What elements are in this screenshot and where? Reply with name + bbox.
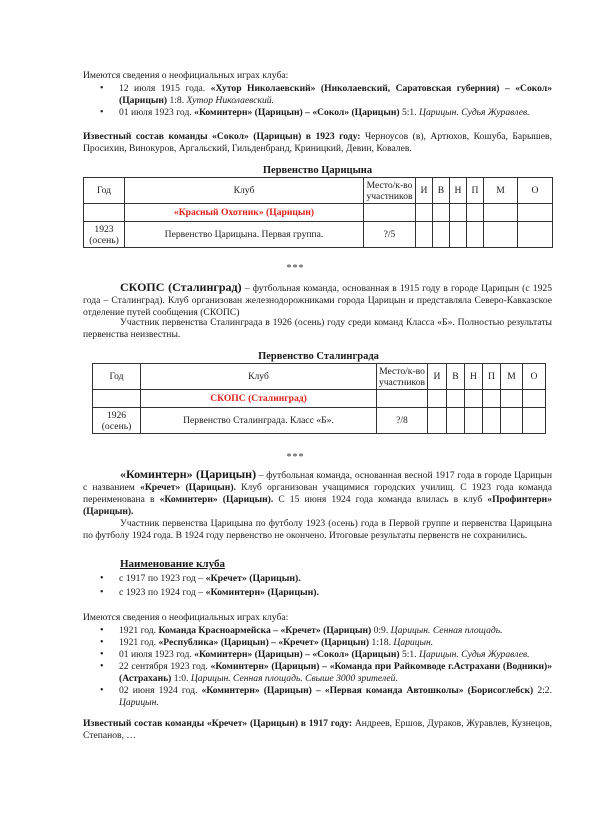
list-item: с 1917 по 1923 год – «Кречет» (Царицын). [83, 572, 552, 586]
club-row: СКОПС (Сталинград) [93, 390, 546, 408]
komintern-description: «Коминтерн» (Царицын) – футбольная коман… [83, 468, 552, 518]
header-games: И [416, 178, 433, 204]
komintern-games-list: 1921 год. Команда Красноармейска – «Креч… [83, 625, 552, 709]
club-name: «Красный Охотник» (Царицын) [125, 204, 364, 222]
separator: *** [0, 452, 591, 464]
sokol-games-list: 12 июля 1915 года. «Хутор Николаевский» … [83, 83, 552, 119]
header-place: Место/к-во участников [364, 178, 416, 204]
table-row: 1926 (осень) Первенство Сталинграда. Кла… [93, 408, 546, 434]
header-games: И [428, 364, 447, 390]
list-item: 12 июля 1915 года. «Хутор Николаевский» … [83, 83, 552, 107]
table-caption: Первенство Сталинграда [92, 351, 545, 363]
header-year: Год [93, 364, 141, 390]
header-goals: М [484, 178, 518, 204]
club-names-list: с 1917 по 1923 год – «Кречет» (Царицын).… [83, 572, 552, 600]
list-item: 1921 год. «Республика» (Царицын) – «Креч… [83, 637, 552, 649]
header-wins: В [433, 178, 450, 204]
list-item: 01 июля 1923 год. «Коминтерн» (Царицын) … [83, 107, 552, 119]
table-header-row: Год Клуб Место/к-во участников И В Н П М… [84, 178, 553, 204]
unofficial-games-intro: Имеются сведения о неофициальных играх к… [83, 612, 552, 624]
table-header-row: Год Клуб Место/к-во участников И В Н П М… [93, 364, 546, 390]
list-item: 1921 год. Команда Красноармейска – «Креч… [83, 625, 552, 637]
header-club: Клуб [141, 364, 377, 390]
header-points: О [523, 364, 546, 390]
list-item: 22 сентября 1923 год. «Коминтерн» (Цариц… [83, 661, 552, 685]
results-table-tsaritsyn: Год Клуб Место/к-во участников И В Н П М… [83, 177, 553, 248]
sokol-squad: Известный состав команды «Сокол» (Царицы… [83, 131, 552, 155]
krechet-squad: Известный состав команды «Кречет» (Цариц… [83, 718, 552, 742]
header-year: Год [84, 178, 125, 204]
list-item: 01 июля 1923 год. «Коминтерн» (Царицын) … [83, 649, 552, 661]
list-item: 02 июня 1924 год. «Коминтерн» (Царицын) … [83, 685, 552, 709]
header-goals: М [501, 364, 523, 390]
skops-description: СКОПС (Сталинград) – футбольная команда,… [83, 281, 552, 319]
header-draws: Н [465, 364, 483, 390]
list-item: с 1923 по 1924 год – «Коминтерн» (Царицы… [83, 586, 552, 600]
komintern-participation: Участник первенства Царицына по футболу … [83, 518, 552, 542]
header-losses: П [483, 364, 501, 390]
header-losses: П [467, 178, 484, 204]
table-caption: Первенство Царицына [83, 165, 552, 177]
header-club: Клуб [125, 178, 364, 204]
skops-participation: Участник первенства Сталинграда в 1926 (… [83, 317, 552, 341]
club-name: СКОПС (Сталинград) [141, 390, 377, 408]
table-row: 1923 (осень) Первенство Царицына. Первая… [84, 222, 553, 248]
results-table-stalingrad: Год Клуб Место/к-во участников И В Н П М… [92, 363, 546, 434]
club-names-heading: Наименование клуба [120, 558, 225, 570]
header-draws: Н [450, 178, 467, 204]
header-place: Место/к-во участников [377, 364, 428, 390]
separator: *** [0, 263, 591, 275]
header-wins: В [447, 364, 465, 390]
header-points: О [518, 178, 553, 204]
unofficial-games-intro: Имеются сведения о неофициальных играх к… [83, 70, 552, 82]
club-row: «Красный Охотник» (Царицын) [84, 204, 553, 222]
